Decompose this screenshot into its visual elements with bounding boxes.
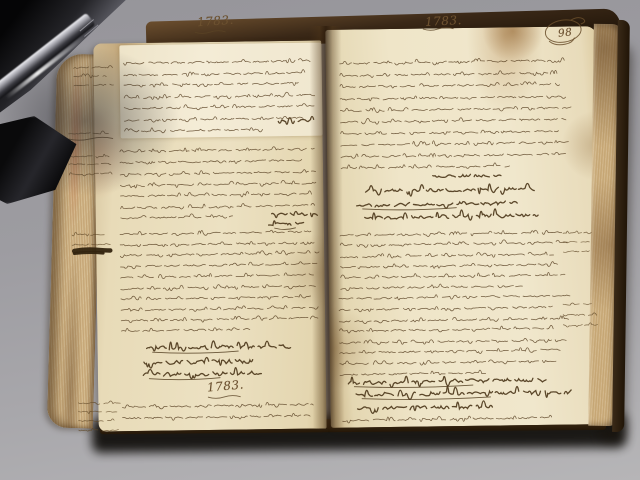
right-page-year-heading: 1783. bbox=[425, 13, 463, 29]
gutter-shadow bbox=[309, 26, 345, 428]
manuscript-photo-scene: 1783. 1783. 1783. 98 bbox=[0, 0, 640, 480]
folio-number: 98 bbox=[557, 26, 573, 39]
left-page-year-heading: 1783. bbox=[197, 13, 235, 30]
right-page bbox=[325, 26, 603, 428]
